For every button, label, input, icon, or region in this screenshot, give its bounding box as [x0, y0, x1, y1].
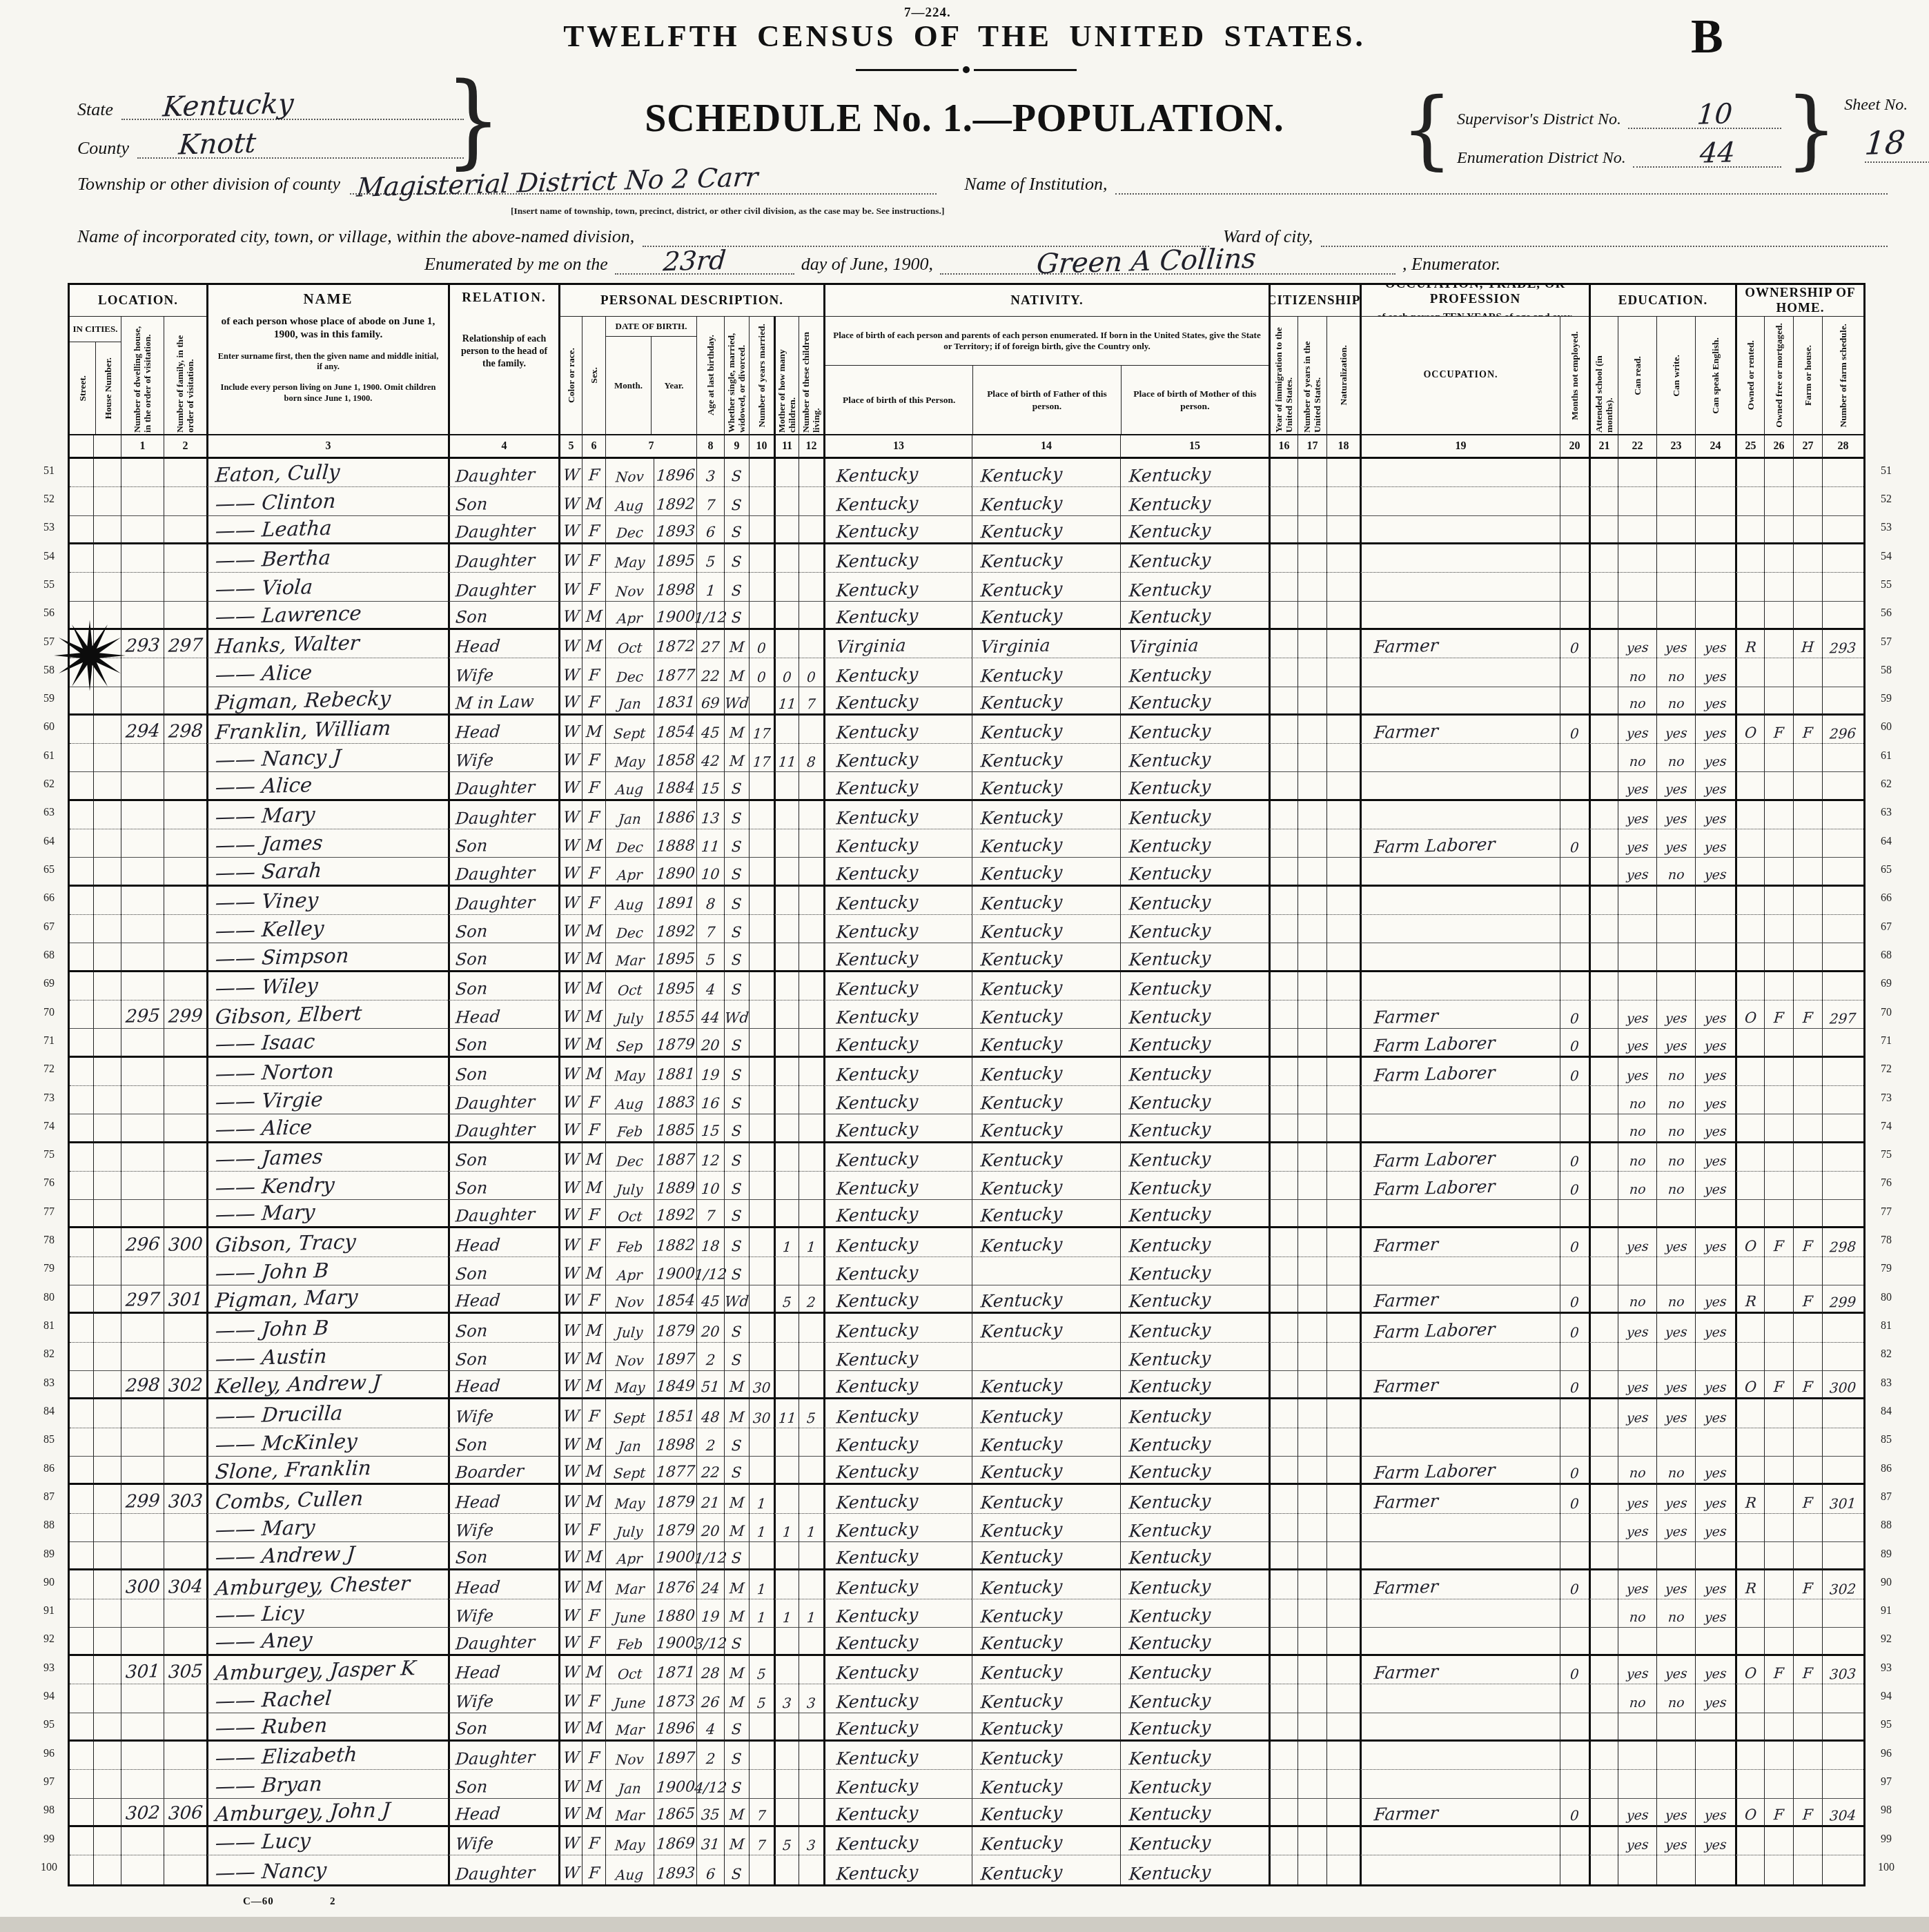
cell-st — [70, 1143, 93, 1172]
cell-c18 — [1326, 1200, 1360, 1228]
cell-mb: 0 — [774, 658, 799, 687]
cell-c17 — [1298, 1228, 1326, 1256]
cell-mb: 5 — [774, 1285, 799, 1314]
cell-yr: 1892 — [654, 1200, 696, 1228]
cell-rel: Daughter — [448, 544, 558, 573]
cell-rd — [1618, 1200, 1656, 1228]
row-number: 99 — [35, 1825, 63, 1853]
cell-race: W — [558, 487, 582, 515]
cell-dw — [121, 1542, 164, 1570]
cell-c16 — [1269, 1058, 1298, 1086]
cell-rd — [1618, 1343, 1656, 1371]
cell-c17 — [1298, 1628, 1326, 1656]
cell-st — [70, 1599, 93, 1628]
cell-pf: Kentucky — [972, 1457, 1120, 1485]
group-nativity: NATIVITY. — [823, 285, 1269, 317]
cell-c16 — [1269, 1570, 1298, 1599]
cell-ms: S — [724, 887, 749, 915]
cell-wr: no — [1656, 1172, 1695, 1200]
cell-fm — [1764, 1628, 1793, 1656]
township-label: Township or other division of county — [77, 174, 340, 195]
cell-rel: Daughter — [448, 1200, 558, 1228]
row-number: 96 — [35, 1739, 63, 1768]
cell-age: 8 — [696, 887, 724, 915]
cell-wr: no — [1656, 687, 1695, 716]
cell-race: W — [558, 1827, 582, 1855]
cell-mb — [774, 630, 799, 658]
cell-mne — [1560, 658, 1589, 687]
cell-c18 — [1326, 1713, 1360, 1742]
cell-pb: Kentucky — [823, 1485, 972, 1513]
cell-ms: S — [724, 801, 749, 829]
cell-fm — [1764, 1457, 1793, 1485]
cell-c16 — [1269, 1228, 1298, 1256]
cell-own — [1735, 544, 1764, 573]
cell-en: yes — [1695, 1799, 1735, 1827]
cell-name: —— Alice — [206, 1114, 448, 1143]
cell-pb: Kentucky — [823, 1000, 972, 1029]
cell-rel: Son — [448, 1172, 558, 1200]
cell-mo: Aug — [605, 487, 654, 515]
row-number: 94 — [1872, 1682, 1901, 1711]
cell-en — [1695, 1428, 1735, 1457]
cell-c16 — [1269, 630, 1298, 658]
col-mother-of-children: Mother of how many children. — [774, 317, 799, 435]
cell-ym: 7 — [749, 1827, 774, 1855]
enumerator-label: , Enumerator. — [1402, 254, 1500, 275]
cell-mne — [1560, 602, 1589, 630]
institution-label: Name of Institution, — [964, 174, 1107, 195]
cell-occ — [1360, 801, 1560, 829]
cell-rd: no — [1618, 1684, 1656, 1713]
cell-fam — [164, 544, 206, 573]
cell-hn — [93, 1599, 121, 1628]
cell-sch — [1589, 1257, 1618, 1285]
cell-cl — [799, 1172, 823, 1200]
cell-ym — [749, 544, 774, 573]
cell-pf: Kentucky — [972, 1399, 1120, 1428]
row-number: 53 — [35, 514, 63, 542]
cell-cl: 1 — [799, 1228, 823, 1256]
cell-c17 — [1298, 1428, 1326, 1457]
cell-pm: Kentucky — [1120, 1314, 1269, 1342]
cell-hn — [93, 1570, 121, 1599]
cell-ms: S — [724, 573, 749, 601]
cell-rel: Son — [448, 829, 558, 858]
cell-sch — [1589, 858, 1618, 886]
cell-race: W — [558, 1343, 582, 1371]
cell-ms: S — [724, 1855, 749, 1884]
cell-hn — [93, 1371, 121, 1399]
cell-race: W — [558, 573, 582, 601]
cell-dw — [121, 1029, 164, 1057]
cell-c18 — [1326, 1827, 1360, 1855]
cell-wr: yes — [1656, 772, 1695, 800]
cell-mo: May — [605, 1371, 654, 1399]
cell-cl — [799, 1542, 823, 1570]
cell-mb — [774, 487, 799, 515]
row-number: 76 — [35, 1170, 63, 1198]
cell-occ — [1360, 1770, 1560, 1798]
cell-pm: Virginia — [1120, 630, 1269, 658]
cell-yr: 1849 — [654, 1371, 696, 1399]
district-brace-close: } — [1785, 86, 1837, 172]
cell-c18 — [1326, 801, 1360, 829]
cell-c16 — [1269, 1855, 1298, 1884]
sheet-no-value: 18 — [1863, 124, 1907, 162]
cell-mo: Sept — [605, 716, 654, 744]
cell-pb: Kentucky — [823, 1599, 972, 1628]
cell-fm — [1764, 1086, 1793, 1114]
cell-mne: 0 — [1560, 1285, 1589, 1314]
cell-ym — [749, 1114, 774, 1143]
cell-ym — [749, 1200, 774, 1228]
cell-fh — [1793, 1086, 1822, 1114]
cell-mo: Mar — [605, 1799, 654, 1827]
cell-rd: no — [1618, 1285, 1656, 1314]
cell-pm: Kentucky — [1120, 1742, 1269, 1770]
row-number: 91 — [35, 1597, 63, 1626]
row-number: 79 — [35, 1255, 63, 1283]
cell-cl — [799, 1799, 823, 1827]
cell-dw — [121, 1514, 164, 1542]
cell-c18 — [1326, 1086, 1360, 1114]
cell-yr: 1892 — [654, 915, 696, 943]
cell-sex: M — [582, 1058, 605, 1086]
cell-c17 — [1298, 544, 1326, 573]
cell-mo: June — [605, 1599, 654, 1628]
cell-dw — [121, 658, 164, 687]
cell-st — [70, 1200, 93, 1228]
row-number: 66 — [1872, 885, 1901, 913]
row-number: 55 — [1872, 571, 1901, 599]
cell-en: yes — [1695, 1485, 1735, 1513]
township-line: Township or other division of county Mag… — [77, 174, 1888, 195]
column-number: 19 — [1360, 435, 1560, 459]
cell-hn — [93, 1827, 121, 1855]
cell-mo: Dec — [605, 516, 654, 544]
cell-mo: Feb — [605, 1628, 654, 1656]
cell-own: O — [1735, 1656, 1764, 1684]
cell-pm: Kentucky — [1120, 1399, 1269, 1428]
cell-en: yes — [1695, 1029, 1735, 1057]
cell-en: yes — [1695, 687, 1735, 716]
cell-c17 — [1298, 1770, 1326, 1798]
cell-pm: Kentucky — [1120, 716, 1269, 744]
cell-pf: Kentucky — [972, 716, 1120, 744]
cell-st — [70, 829, 93, 858]
cell-c16 — [1269, 658, 1298, 687]
cell-sex: F — [582, 658, 605, 687]
cell-pf: Kentucky — [972, 1713, 1120, 1742]
cell-ym — [749, 943, 774, 972]
cell-rel: Wife — [448, 658, 558, 687]
cell-fm: F — [1764, 1656, 1793, 1684]
cell-c17 — [1298, 1485, 1326, 1513]
cell-dw — [121, 687, 164, 716]
cell-en: yes — [1695, 1314, 1735, 1342]
row-number: 65 — [35, 856, 63, 884]
cell-mb: 1 — [774, 1599, 799, 1628]
cell-sch — [1589, 1029, 1618, 1057]
cell-dw — [121, 1399, 164, 1428]
cell-ms: S — [724, 1228, 749, 1256]
cell-fs — [1822, 915, 1863, 943]
cell-own — [1735, 801, 1764, 829]
row-numbers-right: 5152535455565758596061626364656667686970… — [1872, 457, 1901, 1882]
row-number: 63 — [1872, 799, 1901, 827]
cell-fm: F — [1764, 1228, 1793, 1256]
col-years-in-us: Number of years in the United States. — [1298, 317, 1326, 435]
cell-pf: Kentucky — [972, 1200, 1120, 1228]
cell-pb: Kentucky — [823, 1827, 972, 1855]
cell-age: 35 — [696, 1799, 724, 1827]
cell-st — [70, 1172, 93, 1200]
cell-pf: Kentucky — [972, 573, 1120, 601]
cell-mne: 0 — [1560, 1570, 1589, 1599]
cell-pm: Kentucky — [1120, 801, 1269, 829]
cell-hn — [93, 1058, 121, 1086]
cell-fh — [1793, 602, 1822, 630]
cell-rel: Daughter — [448, 516, 558, 544]
cell-fh — [1793, 1314, 1822, 1342]
cell-fam — [164, 887, 206, 915]
cell-c16 — [1269, 1457, 1298, 1485]
cell-fam: 297 — [164, 630, 206, 658]
cell-ms: S — [724, 544, 749, 573]
cell-ym — [749, 1058, 774, 1086]
cell-own — [1735, 1628, 1764, 1656]
cell-fam — [164, 658, 206, 687]
cell-fs — [1822, 1684, 1863, 1713]
census-table: LOCATION. NAME of each person whose plac… — [68, 283, 1866, 1886]
cell-c18 — [1326, 915, 1360, 943]
cell-rel: Daughter — [448, 887, 558, 915]
cell-yr: 1851 — [654, 1399, 696, 1428]
row-number: 97 — [1872, 1768, 1901, 1796]
cell-race: W — [558, 658, 582, 687]
cell-name: Slone, Franklin — [206, 1457, 448, 1485]
cell-fam — [164, 1827, 206, 1855]
cell-rd: no — [1618, 1114, 1656, 1143]
cell-rd — [1618, 972, 1656, 1000]
cell-fm — [1764, 516, 1793, 544]
cell-sch — [1589, 1713, 1618, 1742]
cell-ym — [749, 1285, 774, 1314]
cell-mo: July — [605, 1514, 654, 1542]
cell-c18 — [1326, 1000, 1360, 1029]
cell-ym — [749, 801, 774, 829]
cell-mb — [774, 1000, 799, 1029]
cell-c17 — [1298, 1172, 1326, 1200]
cell-occ — [1360, 687, 1560, 716]
cell-occ — [1360, 544, 1560, 573]
cell-age: 2 — [696, 1428, 724, 1457]
cell-en — [1695, 1770, 1735, 1798]
cell-pm: Kentucky — [1120, 1457, 1269, 1485]
cell-c17 — [1298, 1086, 1326, 1114]
cell-age: 16 — [696, 1086, 724, 1114]
cell-sch — [1589, 1114, 1618, 1143]
group-relation: RELATION. Relationship of each person to… — [448, 285, 558, 435]
cell-sex: F — [582, 544, 605, 573]
cell-wr — [1656, 972, 1695, 1000]
cell-fm: F — [1764, 716, 1793, 744]
cell-mb — [774, 1457, 799, 1485]
cell-wr — [1656, 915, 1695, 943]
cell-fs — [1822, 829, 1863, 858]
column-number: 26 — [1764, 435, 1793, 459]
cell-cl — [799, 772, 823, 800]
col-house-number: House Number. — [95, 342, 121, 434]
cell-pm: Kentucky — [1120, 1827, 1269, 1855]
cell-own — [1735, 1029, 1764, 1057]
cell-age: 45 — [696, 1285, 724, 1314]
cell-race: W — [558, 1485, 582, 1513]
cell-mne — [1560, 1257, 1589, 1285]
cell-hn — [93, 1257, 121, 1285]
cell-fh — [1793, 972, 1822, 1000]
cell-name: —— Mary — [206, 1514, 448, 1542]
cell-race: W — [558, 1713, 582, 1742]
cell-rel: Daughter — [448, 1855, 558, 1884]
row-number: 75 — [35, 1141, 63, 1170]
cell-en: yes — [1695, 1000, 1735, 1029]
cell-st — [70, 1742, 93, 1770]
cell-mo: Sept — [605, 1399, 654, 1428]
cell-rd: yes — [1618, 1570, 1656, 1599]
cell-name: —— Lawrence — [206, 602, 448, 630]
cell-fam — [164, 1029, 206, 1057]
nativity-box: Place of birth of each person and parent… — [823, 317, 1269, 435]
cell-sex: F — [582, 1599, 605, 1628]
cell-own: R — [1735, 1485, 1764, 1513]
cell-race: W — [558, 829, 582, 858]
cell-sch — [1589, 687, 1618, 716]
col-street: Street. — [70, 342, 95, 434]
cell-fs — [1822, 573, 1863, 601]
cell-fh — [1793, 1058, 1822, 1086]
cell-age: 6 — [696, 516, 724, 544]
cell-rd: yes — [1618, 1827, 1656, 1855]
cell-rel: Son — [448, 1058, 558, 1086]
cell-mo: May — [605, 1827, 654, 1855]
cell-pf: Kentucky — [972, 687, 1120, 716]
cell-pm: Kentucky — [1120, 687, 1269, 716]
cell-mne — [1560, 1542, 1589, 1570]
cell-fam — [164, 1542, 206, 1570]
cell-rel: Head — [448, 1656, 558, 1684]
cell-cl — [799, 1029, 823, 1057]
cell-mo: Nov — [605, 1285, 654, 1314]
row-number: 63 — [35, 799, 63, 827]
cell-mo: Sep — [605, 1029, 654, 1057]
row-number: 93 — [35, 1654, 63, 1682]
column-number: 9 — [724, 435, 749, 459]
cell-mb — [774, 573, 799, 601]
cell-pm: Kentucky — [1120, 459, 1269, 487]
cell-mb — [774, 1314, 799, 1342]
cell-mb — [774, 1114, 799, 1143]
cell-own — [1735, 1257, 1764, 1285]
cell-pf: Kentucky — [972, 1000, 1120, 1029]
cell-pb: Kentucky — [823, 858, 972, 886]
cell-c18 — [1326, 1143, 1360, 1172]
column-number: 3 — [206, 435, 448, 459]
cell-own — [1735, 1314, 1764, 1342]
cell-fm — [1764, 602, 1793, 630]
cell-fm — [1764, 915, 1793, 943]
cell-sch — [1589, 1457, 1618, 1485]
cell-pm: Kentucky — [1120, 573, 1269, 601]
cell-wr — [1656, 602, 1695, 630]
cell-sex: M — [582, 1343, 605, 1371]
cell-c18 — [1326, 1799, 1360, 1827]
cell-fh — [1793, 772, 1822, 800]
cell-mb — [774, 1086, 799, 1114]
cell-c17 — [1298, 1029, 1326, 1057]
cell-rel: Daughter — [448, 1628, 558, 1656]
cell-sex: F — [582, 573, 605, 601]
cell-st — [70, 1542, 93, 1570]
cell-c17 — [1298, 1257, 1326, 1285]
cell-sex: F — [582, 1086, 605, 1114]
cell-name: Eaton, Cully — [206, 459, 448, 487]
cell-wr — [1656, 1855, 1695, 1884]
row-number: 69 — [1872, 970, 1901, 998]
cell-hn — [93, 887, 121, 915]
cell-sch — [1589, 1371, 1618, 1399]
cell-c18 — [1326, 1343, 1360, 1371]
cell-rd: yes — [1618, 716, 1656, 744]
cell-rd — [1618, 602, 1656, 630]
cell-age: 20 — [696, 1314, 724, 1342]
cell-name: —— Aney — [206, 1628, 448, 1656]
cell-pf: Virginia — [972, 630, 1120, 658]
cell-cl — [799, 1200, 823, 1228]
cell-pf: Kentucky — [972, 744, 1120, 772]
cell-fam: 298 — [164, 716, 206, 744]
cell-pm: Kentucky — [1120, 1371, 1269, 1399]
cell-sex: F — [582, 1114, 605, 1143]
cell-mne: 0 — [1560, 1457, 1589, 1485]
cell-ms: M — [724, 1485, 749, 1513]
col-immigration-year: Year of immigration to the United States… — [1269, 317, 1298, 435]
row-number: 100 — [35, 1853, 63, 1882]
cell-fh — [1793, 516, 1822, 544]
cell-name: —— Isaac — [206, 1029, 448, 1057]
cell-c18 — [1326, 1285, 1360, 1314]
row-number: 61 — [1872, 742, 1901, 770]
col-marital: Whether single, married, widowed, or div… — [724, 317, 749, 435]
cell-c16 — [1269, 716, 1298, 744]
cell-wr: no — [1656, 858, 1695, 886]
cell-c16 — [1269, 1200, 1298, 1228]
cell-mo: July — [605, 1314, 654, 1342]
cell-age: 7 — [696, 915, 724, 943]
cell-rd: no — [1618, 658, 1656, 687]
cell-pm: Kentucky — [1120, 1172, 1269, 1200]
cell-name: —— Viney — [206, 887, 448, 915]
cell-own: R — [1735, 1285, 1764, 1314]
cell-pf: Kentucky — [972, 1143, 1120, 1172]
cell-c16 — [1269, 459, 1298, 487]
cell-age: 5 — [696, 544, 724, 573]
state-brace: } — [445, 70, 501, 172]
cell-occ: Farm Laborer — [1360, 1058, 1560, 1086]
cell-hn — [93, 1228, 121, 1256]
row-number: 83 — [35, 1369, 63, 1397]
